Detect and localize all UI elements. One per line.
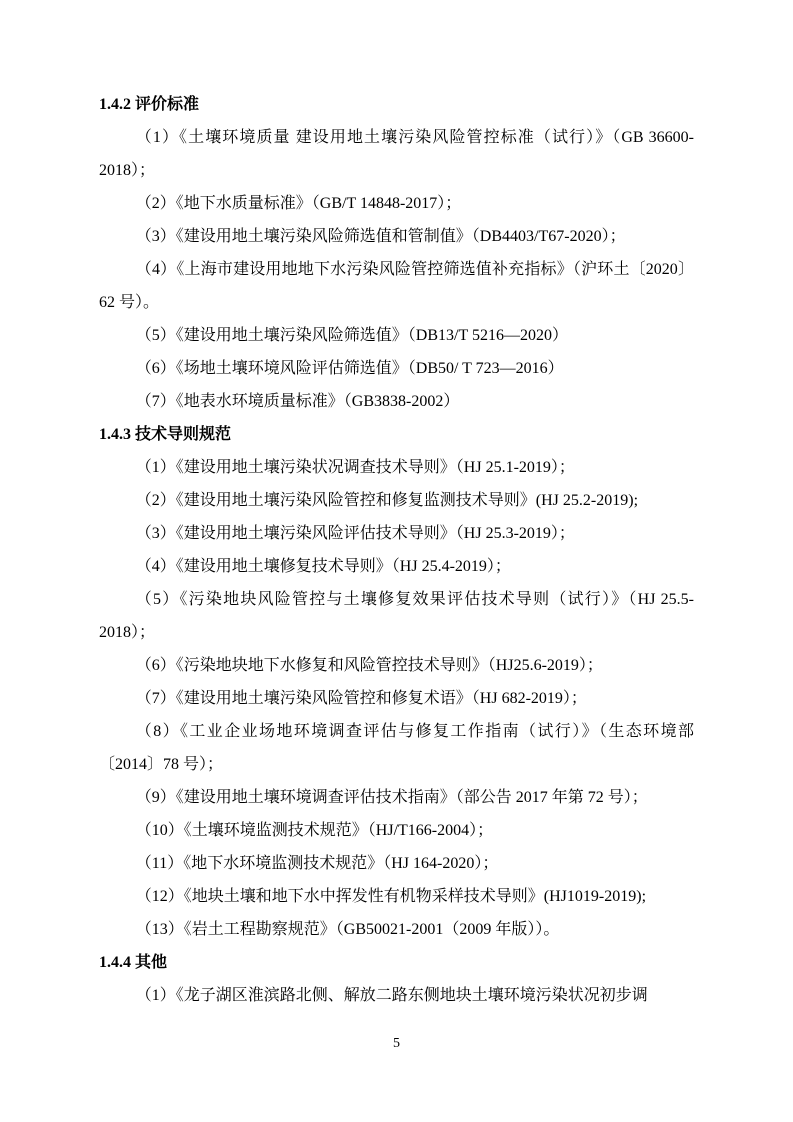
section-1-4-2: 1.4.2 评价标准 （1）《土壤环境质量 建设用地土壤污染风险管控标准（试行）… [99,88,694,418]
section-1-4-4: 1.4.4 其他 （1）《龙子湖区淮滨路北侧、解放二路东侧地块土壤环境污染状况初… [99,946,694,1012]
list-item: （10）《土壤环境监测技术规范》（HJ/T166-2004）； [99,814,694,847]
list-item: （11）《地下水环境监测技术规范》（HJ 164-2020）； [99,847,694,880]
list-item: （4）《建设用地土壤修复技术导则》（HJ 25.4-2019）； [99,550,694,583]
list-item: （13）《岩土工程勘察规范》（GB50021-2001（2009 年版））。 [99,913,694,946]
list-item: （5）《污染地块风险管控与土壤修复效果评估技术导则（试行）》（HJ 25.5-2… [99,583,694,649]
list-item: （8）《工业企业场地环境调查评估与修复工作指南（试行）》（生态环境部〔2014〕… [99,715,694,781]
list-item: （1）《建设用地土壤污染状况调查技术导则》（HJ 25.1-2019）； [99,451,694,484]
list-item: （3）《建设用地土壤污染风险筛选值和管制值》（DB4403/T67-2020）； [99,220,694,253]
list-item: （12）《地块土壤和地下水中挥发性有机物采样技术导则》(HJ1019-2019)… [99,880,694,913]
section-heading: 1.4.2 评价标准 [99,88,694,121]
list-item: （1）《龙子湖区淮滨路北侧、解放二路东侧地块土壤环境污染状况初步调 [99,979,694,1012]
page-footer: 5 [0,1034,793,1054]
list-item: （3）《建设用地土壤污染风险评估技术导则》（HJ 25.3-2019）； [99,517,694,550]
list-item: （6）《场地土壤环境风险评估筛选值》（DB50/ T 723—2016） [99,352,694,385]
list-item: （4）《上海市建设用地地下水污染风险管控筛选值补充指标》（沪环土〔2020〕62… [99,253,694,319]
list-item: （7）《建设用地土壤污染风险管控和修复术语》（HJ 682-2019）； [99,682,694,715]
document-page: 1.4.2 评价标准 （1）《土壤环境质量 建设用地土壤污染风险管控标准（试行）… [0,0,793,1122]
list-item: （2）《地下水质量标准》（GB/T 14848-2017）； [99,187,694,220]
list-item: （9）《建设用地土壤环境调查评估技术指南》（部公告 2017 年第 72 号）； [99,781,694,814]
section-heading: 1.4.3 技术导则规范 [99,418,694,451]
list-item: （1）《土壤环境质量 建设用地土壤污染风险管控标准（试行）》（GB 36600-… [99,121,694,187]
list-item: （2）《建设用地土壤污染风险管控和修复监测技术导则》(HJ 25.2-2019)… [99,484,694,517]
list-item: （6）《污染地块地下水修复和风险管控技术导则》（HJ25.6-2019）； [99,649,694,682]
section-heading: 1.4.4 其他 [99,946,694,979]
list-item: （5）《建设用地土壤污染风险筛选值》（DB13/T 5216—2020） [99,319,694,352]
page-number: 5 [393,1036,400,1051]
list-item: （7）《地表水环境质量标准》（GB3838-2002） [99,385,694,418]
section-1-4-3: 1.4.3 技术导则规范 （1）《建设用地土壤污染状况调查技术导则》（HJ 25… [99,418,694,946]
